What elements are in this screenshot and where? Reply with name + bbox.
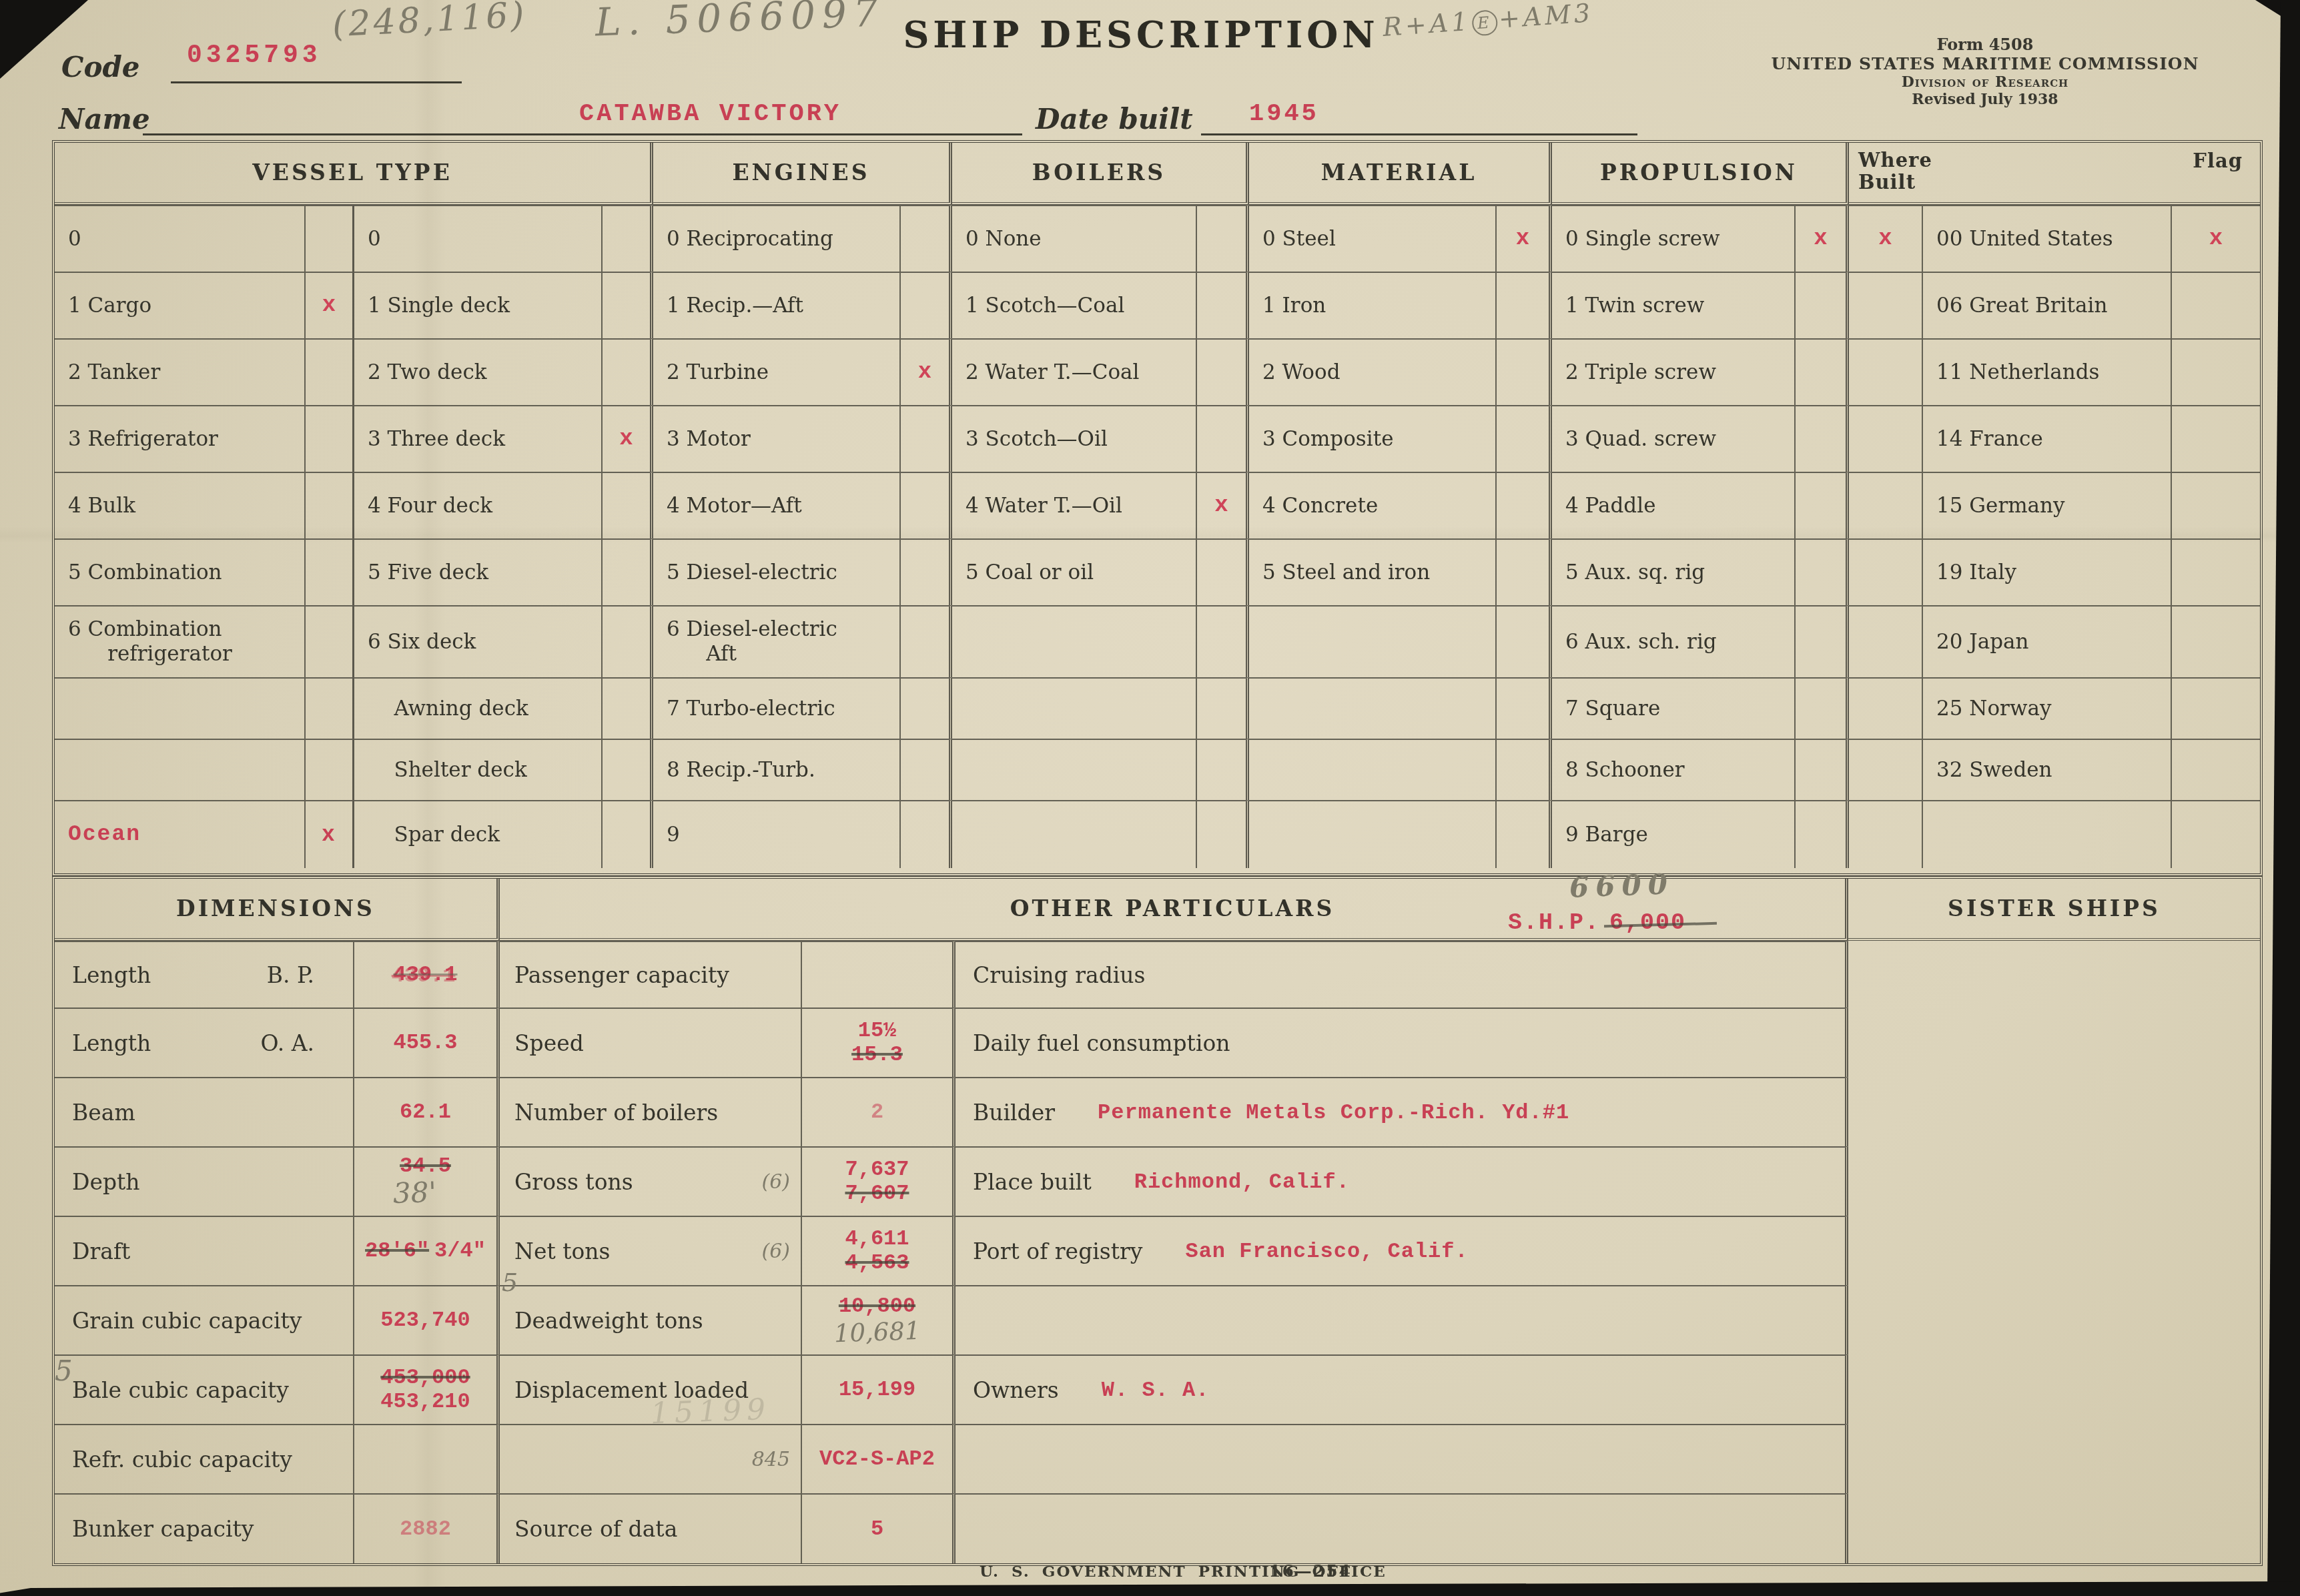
boiler-mark-7 — [1197, 677, 1249, 739]
deck-type-option-5: 5 Five deck — [354, 538, 603, 605]
dimension-label-3: Depth — [55, 1146, 354, 1216]
boiler-mark-9 — [1197, 800, 1249, 868]
flag-mark-2 — [2172, 338, 2260, 405]
material-option-4: 4 Concrete — [1249, 472, 1497, 538]
shp-label: S.H.P. — [1508, 909, 1600, 936]
division-name: Division of Research — [1708, 73, 2262, 91]
material-mark-4 — [1497, 472, 1552, 538]
dimension-value-4: 28'6"3/4" — [354, 1216, 500, 1285]
propulsion-option-7: 7 Square — [1552, 677, 1796, 739]
dimension-value-line1-5: 523,740 — [380, 1308, 470, 1332]
particular-name-2: Number of boilers — [514, 1100, 718, 1126]
boiler-option-8 — [952, 739, 1197, 800]
particular-value-line2-3: 7,607 — [845, 1182, 909, 1206]
other-particulars-header: OTHER PARTICULARS — [1010, 895, 1335, 921]
material-option-6 — [1249, 605, 1497, 677]
material-mark-1 — [1497, 272, 1552, 338]
where-built-mark-2 — [1849, 338, 1923, 405]
deck-type-option-2: 2 Two deck — [354, 338, 603, 405]
dimension-label-1: LengthO. A. — [55, 1008, 354, 1077]
code-underline — [171, 81, 462, 83]
material-mark-5 — [1497, 538, 1552, 605]
engine-mark-4 — [901, 472, 952, 538]
wide-particular-value-6: W. S. A. — [1102, 1378, 1210, 1403]
particular-value-line1-8: 5 — [871, 1517, 883, 1541]
particular-value-7: VC2-S-AP2 — [802, 1424, 955, 1493]
material-option-9 — [1249, 800, 1497, 868]
boiler-mark-1 — [1197, 272, 1249, 338]
wide-particular-label-0: Cruising radius — [973, 962, 1146, 988]
propulsion-option-9: 9 Barge — [1552, 800, 1796, 868]
particular-pencil-note-7: 845 — [752, 1448, 790, 1471]
where-built-mark-7 — [1849, 677, 1923, 739]
dimension-name-4: Draft — [72, 1238, 130, 1264]
engine-mark-1 — [901, 272, 952, 338]
date-built-value: 1945 — [1249, 100, 1319, 128]
dimension-value-3: 34.538' — [354, 1146, 500, 1216]
flag-country-option-3: 14 France — [1923, 405, 2172, 472]
deck-type-option-1: 1 Single deck — [354, 272, 603, 338]
engine-option-3: 3 Motor — [653, 405, 901, 472]
engine-mark-3 — [901, 405, 952, 472]
wide-particular-row-7 — [955, 1424, 1848, 1493]
wide-particular-row-5 — [955, 1285, 1848, 1354]
boiler-option-0: 0 None — [952, 205, 1197, 272]
flag-mark-0: x — [2172, 205, 2260, 272]
deck-type-mark-3: x — [603, 405, 653, 472]
wide-particular-row-6: OwnersW. S. A. — [955, 1354, 1848, 1424]
dimension-value-2: 62.1 — [354, 1077, 500, 1146]
particular-value-line1-3: 7,637 — [845, 1158, 909, 1182]
flag-mark-7 — [2172, 677, 2260, 739]
dimension-value-5: 523,740 — [354, 1285, 500, 1354]
pencil-ghost-displacement: 15199 — [650, 1392, 771, 1431]
deck-type-mark-6 — [603, 605, 653, 677]
particular-label-0: Passenger capacity — [500, 941, 802, 1008]
wide-particular-row-3: Place builtRichmond, Calif. — [955, 1146, 1848, 1216]
dimension-value-line2-3: 38' — [354, 1176, 437, 1210]
material-mark-0: x — [1497, 205, 1552, 272]
deck-type-mark-1 — [603, 272, 653, 338]
where-built-flag-header: Where Built Flag — [1849, 143, 2260, 205]
dimension-value-line1-2: 62.1 — [400, 1100, 451, 1124]
page-title: SHIP DESCRIPTION — [861, 13, 1421, 56]
wide-particular-label-1: Daily fuel consumption — [973, 1030, 1230, 1056]
particular-name-0: Passenger capacity — [514, 962, 729, 988]
dimension-label-6: Bale cubic capacity — [55, 1354, 354, 1424]
particular-name-3: Gross tons — [514, 1169, 633, 1195]
deck-type-option-9: Spar deck — [354, 800, 603, 868]
where-built-mark-5 — [1849, 538, 1923, 605]
engine-option-0: 0 Reciprocating — [653, 205, 901, 272]
form-number: Form 4508 — [1708, 35, 2262, 54]
dimension-value-line1-8: 2882 — [400, 1517, 451, 1541]
boiler-mark-3 — [1197, 405, 1249, 472]
wide-particular-label-3: Place built — [973, 1169, 1092, 1195]
deck-type-mark-0 — [603, 205, 653, 272]
propulsion-header: PROPULSION — [1552, 143, 1849, 205]
vessel-type-option-2: 2 Tanker — [55, 338, 306, 405]
propulsion-option-8: 8 Schooner — [1552, 739, 1796, 800]
engine-mark-0 — [901, 205, 952, 272]
particulars-grid: DIMENSIONS OTHER PARTICULARS S.H.P.6,000… — [52, 876, 2263, 1566]
dimension-value-line1-6: 453,000 — [380, 1366, 470, 1390]
particular-value-5: 10,80010,681 — [802, 1285, 955, 1354]
boiler-option-3: 3 Scotch—Oil — [952, 405, 1197, 472]
dimension-name-0: Length — [72, 962, 151, 988]
engine-mark-5 — [901, 538, 952, 605]
agency-name: UNITED STATES MARITIME COMMISSION — [1708, 54, 2262, 73]
particular-value-1: 15½15.3 — [802, 1008, 955, 1077]
engine-option-4: 4 Motor—Aft — [653, 472, 901, 538]
wide-particular-row-8 — [955, 1493, 1848, 1563]
dimension-sublabel-1: O. A. — [261, 1030, 314, 1056]
dimensions-header: DIMENSIONS — [55, 879, 500, 941]
boiler-mark-4: x — [1197, 472, 1249, 538]
sister-ships-empty-area — [1848, 941, 2260, 1563]
vessel-type-option-9: Ocean — [55, 800, 306, 868]
ship-name-value: CATAWBA VICTORY — [579, 100, 841, 128]
material-option-8 — [1249, 739, 1497, 800]
dimension-value-6: 453,000453,210 — [354, 1354, 500, 1424]
dimension-name-5: Grain cubic capacity — [72, 1308, 302, 1334]
flag-country-option-5: 19 Italy — [1923, 538, 2172, 605]
dimension-value-line1-3: 34.5 — [400, 1154, 451, 1178]
boilers-header: BOILERS — [952, 143, 1249, 205]
propulsion-option-1: 1 Twin screw — [1552, 272, 1796, 338]
dimension-sublabel-0: B. P. — [267, 962, 314, 988]
dimension-value-7 — [354, 1424, 500, 1493]
propulsion-option-5: 5 Aux. sq. rig — [1552, 538, 1796, 605]
where-built-mark-3 — [1849, 405, 1923, 472]
dimension-value-1: 455.3 — [354, 1008, 500, 1077]
engine-option-9: 9 — [653, 800, 901, 868]
vessel-type-option-1: 1 Cargo — [55, 272, 306, 338]
where-built-header: Where Built — [1858, 149, 1932, 194]
flag-country-option-2: 11 Netherlands — [1923, 338, 2172, 405]
particular-value-line1-5: 10,800 — [839, 1294, 915, 1318]
name-label: Name — [59, 103, 150, 135]
vessel-type-mark-3 — [306, 405, 354, 472]
dimension-name-2: Beam — [72, 1100, 135, 1126]
dimension-name-3: Depth — [72, 1169, 140, 1195]
dimension-value-line2-4: 3/4" — [434, 1239, 486, 1263]
vessel-type-mark-9: x — [306, 800, 354, 868]
where-built-mark-8 — [1849, 739, 1923, 800]
particular-value-line2-5: 10,681 — [833, 1317, 921, 1348]
flag-mark-3 — [2172, 405, 2260, 472]
particular-value-line1-7: VC2-S-AP2 — [819, 1447, 935, 1471]
deck-type-option-6: 6 Six deck — [354, 605, 603, 677]
boiler-option-4: 4 Water T.—Oil — [952, 472, 1197, 538]
particular-name-1: Speed — [514, 1030, 584, 1056]
shp-pencil-value: 6600 — [1569, 867, 1675, 903]
pencil-margin-five-left: 5 — [55, 1354, 73, 1387]
where-built-mark-9 — [1849, 800, 1923, 868]
flag-country-option-9 — [1923, 800, 2172, 868]
particular-label-7: 845 — [500, 1424, 802, 1493]
engine-option-6: 6 Diesel-electric Aft — [653, 605, 901, 677]
engine-mark-7 — [901, 677, 952, 739]
dimension-value-line2-6: 453,210 — [380, 1390, 470, 1414]
deck-type-option-8: Shelter deck — [354, 739, 603, 800]
particular-value-3: 7,6377,607 — [802, 1146, 955, 1216]
deck-type-mark-7 — [603, 677, 653, 739]
date-built-label: Date built — [1036, 103, 1193, 135]
material-option-5: 5 Steel and iron — [1249, 538, 1497, 605]
deck-type-option-3: 3 Three deck — [354, 405, 603, 472]
dimension-name-7: Refr. cubic capacity — [72, 1447, 292, 1473]
vessel-type-option-7 — [55, 677, 306, 739]
dimension-label-5: Grain cubic capacity — [55, 1285, 354, 1354]
flag-mark-1 — [2172, 272, 2260, 338]
propulsion-option-0: 0 Single screw — [1552, 205, 1796, 272]
name-underline — [143, 133, 1022, 135]
flag-header: Flag — [2193, 149, 2243, 172]
material-mark-8 — [1497, 739, 1552, 800]
vessel-type-mark-2 — [306, 338, 354, 405]
particular-value-4: 4,6114,563 — [802, 1216, 955, 1285]
particular-name-8: Source of data — [514, 1516, 677, 1542]
particular-name-5: Deadweight tons — [514, 1308, 703, 1334]
wide-particular-value-3: Richmond, Calif. — [1134, 1170, 1350, 1194]
flag-country-option-4: 15 Germany — [1923, 472, 2172, 538]
material-mark-9 — [1497, 800, 1552, 868]
propulsion-option-4: 4 Paddle — [1552, 472, 1796, 538]
sister-ships-header: SISTER SHIPS — [1848, 879, 2260, 941]
wide-particular-row-4: Port of registrySan Francisco, Calif. — [955, 1216, 1848, 1285]
deck-type-option-0: 0 — [354, 205, 603, 272]
propulsion-mark-4 — [1796, 472, 1849, 538]
boiler-mark-2 — [1197, 338, 1249, 405]
code-value: 0325793 — [187, 41, 322, 70]
particular-label-8: Source of data — [500, 1493, 802, 1563]
boiler-option-7 — [952, 677, 1197, 739]
form-identification: Form 4508 UNITED STATES MARITIME COMMISS… — [1708, 35, 2262, 108]
material-mark-3 — [1497, 405, 1552, 472]
vessel-type-option-0: 0 — [55, 205, 306, 272]
code-label: Code — [61, 51, 140, 83]
flag-mark-9 — [2172, 800, 2260, 868]
particular-pencil-note-4: (6) — [762, 1240, 791, 1263]
flag-country-option-8: 32 Sweden — [1923, 739, 2172, 800]
dimension-label-4: Draft — [55, 1216, 354, 1285]
engine-option-7: 7 Turbo-electric — [653, 677, 901, 739]
particular-name-4: Net tons — [514, 1238, 610, 1264]
flag-country-option-1: 06 Great Britain — [1923, 272, 2172, 338]
vessel-type-mark-5 — [306, 538, 354, 605]
vessel-type-header: VESSEL TYPE — [55, 143, 653, 205]
printing-office-code: 16—254 — [1269, 1561, 1352, 1581]
vessel-type-option-5: 5 Combination — [55, 538, 306, 605]
particular-value-line1-1: 15½ — [858, 1019, 897, 1043]
date-built-underline — [1201, 133, 1637, 135]
propulsion-mark-7 — [1796, 677, 1849, 739]
boiler-mark-8 — [1197, 739, 1249, 800]
boiler-option-2: 2 Water T.—Coal — [952, 338, 1197, 405]
propulsion-mark-8 — [1796, 739, 1849, 800]
revision-date: Revised July 1938 — [1708, 91, 2262, 108]
material-header: MATERIAL — [1249, 143, 1552, 205]
deck-type-mark-8 — [603, 739, 653, 800]
wide-particular-value-2: Permanente Metals Corp.-Rich. Yd.#1 — [1098, 1100, 1569, 1125]
scanned-ship-description-form: (248,116) L. 5066097 R+A1E+AM3 SHIP DESC… — [0, 0, 2300, 1596]
engine-mark-2: x — [901, 338, 952, 405]
wide-particular-label-2: Builder — [973, 1100, 1055, 1126]
flag-country-option-7: 25 Norway — [1923, 677, 2172, 739]
wide-particular-value-4: San Francisco, Calif. — [1185, 1239, 1468, 1264]
dimension-value-8: 2882 — [354, 1493, 500, 1563]
particular-value-line2-4: 4,563 — [845, 1251, 909, 1275]
particular-value-line2-1: 15.3 — [851, 1043, 903, 1067]
deck-type-option-4: 4 Four deck — [354, 472, 603, 538]
propulsion-option-2: 2 Triple screw — [1552, 338, 1796, 405]
engine-option-1: 1 Recip.—Aft — [653, 272, 901, 338]
where-built-mark-6 — [1849, 605, 1923, 677]
dimension-label-8: Bunker capacity — [55, 1493, 354, 1563]
material-mark-2 — [1497, 338, 1552, 405]
where-built-mark-1 — [1849, 272, 1923, 338]
particular-value-2: 2 — [802, 1077, 955, 1146]
propulsion-option-6: 6 Aux. sch. rig — [1552, 605, 1796, 677]
particular-value-line1-2: 2 — [871, 1100, 883, 1124]
particular-value-8: 5 — [802, 1493, 955, 1563]
wide-particular-row-1: Daily fuel consumption — [955, 1008, 1848, 1077]
flag-country-option-0: 00 United States — [1923, 205, 2172, 272]
dimension-name-6: Bale cubic capacity — [72, 1377, 289, 1403]
particular-pencil-note-3: (6) — [762, 1170, 791, 1194]
shp-struck-value: 6,000 — [1609, 909, 1686, 936]
propulsion-mark-6 — [1796, 605, 1849, 677]
material-option-1: 1 Iron — [1249, 272, 1497, 338]
shp-entry: S.H.P.6,000 — [1508, 909, 1686, 936]
engine-option-5: 5 Diesel-electric — [653, 538, 901, 605]
engine-option-8: 8 Recip.-Turb. — [653, 739, 901, 800]
propulsion-mark-2 — [1796, 338, 1849, 405]
dimension-name-8: Bunker capacity — [72, 1516, 254, 1542]
engines-header: ENGINES — [653, 143, 952, 205]
particular-label-1: Speed — [500, 1008, 802, 1077]
boiler-option-1: 1 Scotch—Coal — [952, 272, 1197, 338]
wide-particular-label-6: Owners — [973, 1377, 1059, 1403]
vessel-type-option-4: 4 Bulk — [55, 472, 306, 538]
particular-value-line1-4: 4,611 — [845, 1227, 909, 1251]
flag-mark-6 — [2172, 605, 2260, 677]
boiler-option-9 — [952, 800, 1197, 868]
deck-type-mark-2 — [603, 338, 653, 405]
vessel-type-mark-6 — [306, 605, 354, 677]
engine-mark-6 — [901, 605, 952, 677]
vessel-type-mark-4 — [306, 472, 354, 538]
engine-option-2: 2 Turbine — [653, 338, 901, 405]
propulsion-mark-0: x — [1796, 205, 1849, 272]
dimension-value-0: 439.1 — [354, 941, 500, 1008]
material-option-0: 0 Steel — [1249, 205, 1497, 272]
propulsion-mark-1 — [1796, 272, 1849, 338]
deck-type-mark-5 — [603, 538, 653, 605]
particular-label-4: Net tons(6) — [500, 1216, 802, 1285]
vessel-type-option-8 — [55, 739, 306, 800]
dimension-value-line1-4: 28'6" — [365, 1239, 429, 1263]
flag-country-option-6: 20 Japan — [1923, 605, 2172, 677]
vessel-type-mark-0 — [306, 205, 354, 272]
vessel-type-option-6: 6 Combination refrigerator — [55, 605, 306, 677]
dimension-name-1: Length — [72, 1030, 151, 1056]
propulsion-mark-3 — [1796, 405, 1849, 472]
dimension-label-7: Refr. cubic capacity — [55, 1424, 354, 1493]
dimension-label-2: Beam — [55, 1077, 354, 1146]
boiler-mark-5 — [1197, 538, 1249, 605]
other-particulars-header-cell: OTHER PARTICULARS S.H.P.6,000 6600 — [500, 879, 1848, 941]
particular-label-3: Gross tons(6) — [500, 1146, 802, 1216]
particular-value-6: 15,199 — [802, 1354, 955, 1424]
vessel-type-mark-1: x — [306, 272, 354, 338]
propulsion-mark-9 — [1796, 800, 1849, 868]
deck-type-option-7: Awning deck — [354, 677, 603, 739]
propulsion-mark-5 — [1796, 538, 1849, 605]
particular-value-0 — [802, 941, 955, 1008]
dimension-value-line1-1: 455.3 — [393, 1031, 457, 1055]
flag-mark-4 — [2172, 472, 2260, 538]
vessel-type-mark-7 — [306, 677, 354, 739]
pencil-circled-letter: E — [1471, 9, 1499, 37]
where-built-mark-4 — [1849, 472, 1923, 538]
particular-label-5: Deadweight tons — [500, 1285, 802, 1354]
engine-mark-8 — [901, 739, 952, 800]
particular-label-2: Number of boilers — [500, 1077, 802, 1146]
boiler-option-5: 5 Coal or oil — [952, 538, 1197, 605]
where-built-mark-0: x — [1849, 205, 1923, 272]
wide-particular-row-0: Cruising radius — [955, 941, 1848, 1008]
propulsion-option-3: 3 Quad. screw — [1552, 405, 1796, 472]
flag-mark-5 — [2172, 538, 2260, 605]
wide-particular-row-2: BuilderPermanente Metals Corp.-Rich. Yd.… — [955, 1077, 1848, 1146]
boiler-mark-0 — [1197, 205, 1249, 272]
material-mark-7 — [1497, 677, 1552, 739]
vessel-type-option-3: 3 Refrigerator — [55, 405, 306, 472]
material-option-2: 2 Wood — [1249, 338, 1497, 405]
deck-type-mark-9 — [603, 800, 653, 868]
material-mark-6 — [1497, 605, 1552, 677]
vessel-type-mark-8 — [306, 739, 354, 800]
material-option-3: 3 Composite — [1249, 405, 1497, 472]
deck-type-mark-4 — [603, 472, 653, 538]
engine-mark-9 — [901, 800, 952, 868]
flag-mark-8 — [2172, 739, 2260, 800]
dimension-value-line1-0: 439.1 — [393, 963, 457, 987]
boiler-mark-6 — [1197, 605, 1249, 677]
classification-grid: VESSEL TYPE ENGINES BOILERS MATERIAL PRO… — [52, 140, 2263, 876]
pencil-margin-five-mid: 5 — [502, 1268, 518, 1297]
particular-value-line1-6: 15,199 — [839, 1378, 915, 1402]
material-option-7 — [1249, 677, 1497, 739]
boiler-option-6 — [952, 605, 1197, 677]
wide-particular-label-4: Port of registry — [973, 1238, 1142, 1264]
dimension-label-0: LengthB. P. — [55, 941, 354, 1008]
